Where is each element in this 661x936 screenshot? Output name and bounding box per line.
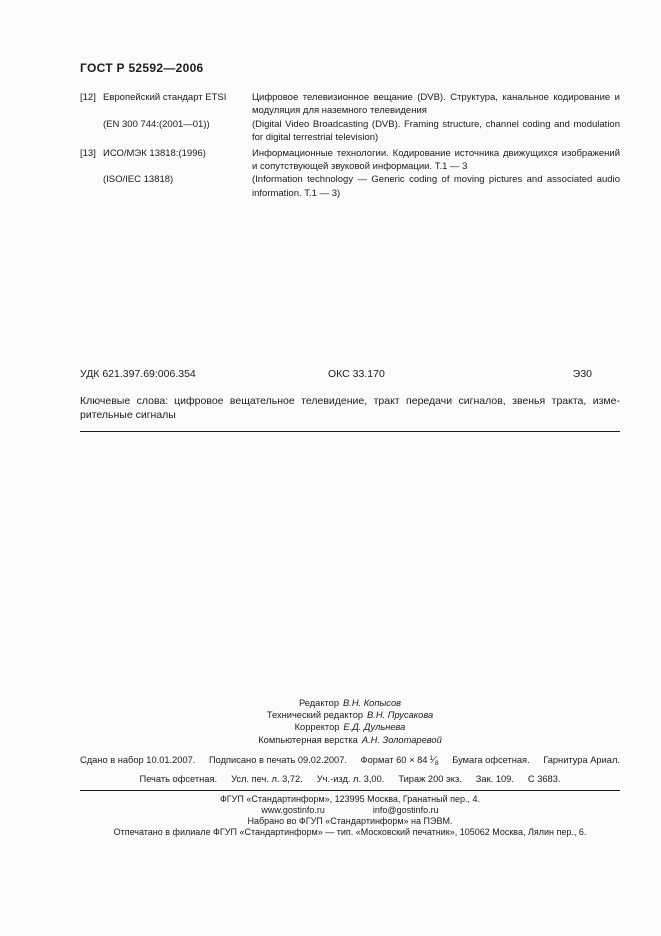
imprint-line-1: Сдано в набор 10.01.2007. Подписано в пе… [80, 755, 620, 767]
bib-ref-code: (EN 300 744:(2001—01)) [80, 118, 252, 145]
bibliography-entry-13-alt: (ISO/IEC 13818) (Information technology … [80, 173, 620, 200]
keywords-block: Ключевые слова:цифровое вещательное теле… [80, 395, 620, 422]
credit-name: В.Н. Копысов [343, 698, 401, 708]
credit-role: Технический редактор [267, 710, 363, 720]
credit-role: Корректор [295, 722, 340, 732]
credit-name: Е.Д. Дульнева [343, 722, 405, 732]
bibliography-entry-12-alt: (EN 300 744:(2001—01)) (Digital Video Br… [80, 118, 620, 145]
bib-description-en: (Digital Video Broadcasting (DVB). Frami… [252, 118, 620, 145]
document-page: ГОСТ Р 52592—2006 [12]Европейский станда… [0, 0, 661, 936]
bib-ref: [12]Европейский стандарт ETSI [80, 91, 252, 118]
page-title: ГОСТ Р 52592—2006 [80, 61, 204, 75]
imprint-print-run: Тираж 200 экз. [398, 774, 461, 784]
credit-name: В.Н. Прусакова [367, 710, 433, 720]
classification-codes: УДК 621.397.69:006.354 ОКС 33.170 Э30 [80, 368, 620, 380]
bib-ref-title: ИСО/МЭК 13818:(1996) [103, 148, 206, 159]
credit-role: Компьютерная верстка [258, 735, 358, 745]
publisher-block: ФГУП «Стандартинформ», 123995 Москва, Гр… [80, 794, 620, 838]
colophon-credits: РедакторВ.Н. Копысов Технический редакто… [80, 697, 620, 746]
imprint-paper: Бумага офсетная. [452, 755, 529, 767]
credit-layout: Компьютерная версткаА.Н. Золотаревой [80, 734, 620, 746]
imprint-press-sheets: Усл. печ. л. 3,72. [231, 774, 303, 784]
bib-ref-title: Европейский стандарт ETSI [103, 92, 226, 103]
imprint-line-2: Печать офсетная. Усл. печ. л. 3,72. Уч.-… [80, 774, 620, 784]
imprint-order-number: Зак. 109. [476, 774, 514, 784]
bibliography: [12]Европейский стандарт ETSI Цифровое т… [80, 91, 620, 200]
publisher-printed-note: Отпечатано в филиале ФГУП «Стандартинфор… [80, 827, 620, 838]
imprint-format-text: Формат 60 × 84 [361, 755, 428, 765]
udk-code: УДК 621.397.69:006.354 [80, 368, 196, 380]
imprint-pub-sheets: Уч.-изд. л. 3,00. [317, 774, 385, 784]
imprint-block: Сдано в набор 10.01.2007. Подписано в пе… [80, 755, 620, 784]
bibliography-entry-13: [13]ИСО/МЭК 13818:(1996) Информационные … [80, 147, 620, 174]
fraction-one-eighth: 1⁄8 [429, 755, 438, 767]
publisher-typeset-note: Набрано во ФГУП «Стандартинформ» на ПЭВМ… [80, 816, 620, 827]
credit-proofreader: КорректорЕ.Д. Дульнева [80, 721, 620, 733]
credit-name: А.Н. Золотаревой [362, 735, 442, 745]
bib-description-en: (Information technology — Generic coding… [252, 173, 620, 200]
oks-code: ОКС 33.170 [328, 368, 385, 380]
imprint-print-method: Печать офсетная. [140, 774, 218, 784]
imprint-typeface: Гарнитура Ариал. [543, 755, 620, 767]
category-code: Э30 [573, 368, 592, 380]
bib-ref-code: (ISO/IEC 13818) [80, 173, 252, 200]
bibliography-entry-12: [12]Европейский стандарт ETSI Цифровое т… [80, 91, 620, 118]
credit-technical-editor: Технический редакторВ.Н. Прусакова [80, 709, 620, 721]
keywords-label: Ключевые слова: [80, 395, 168, 407]
imprint-format: Формат 60 × 841⁄8 [361, 755, 439, 767]
fraction-denominator: 8 [435, 760, 439, 767]
publisher-email: info@gostinfo.ru [373, 805, 439, 816]
imprint-code: С 3683. [528, 774, 561, 784]
divider-imprint [80, 790, 620, 791]
publisher-contacts: www.gostinfo.ru info@gostinfo.ru [80, 805, 620, 816]
credit-role: Редактор [299, 698, 339, 708]
bib-ref-number: [13] [80, 147, 103, 160]
bib-description-ru: Информационные технологии. Кодирование и… [252, 147, 620, 174]
divider-keywords [80, 431, 620, 432]
imprint-typeset-date: Сдано в набор 10.01.2007. [80, 755, 195, 767]
imprint-print-date: Подписано в печать 09.02.2007. [209, 755, 347, 767]
bib-ref-number: [12] [80, 91, 103, 104]
publisher-website: www.gostinfo.ru [261, 805, 325, 816]
bib-ref: [13]ИСО/МЭК 13818:(1996) [80, 147, 252, 174]
credit-editor: РедакторВ.Н. Копысов [80, 697, 620, 709]
bib-description-ru: Цифровое телевизионное вещание (DVB). Ст… [252, 91, 620, 118]
publisher-address: ФГУП «Стандартинформ», 123995 Москва, Гр… [80, 794, 620, 805]
